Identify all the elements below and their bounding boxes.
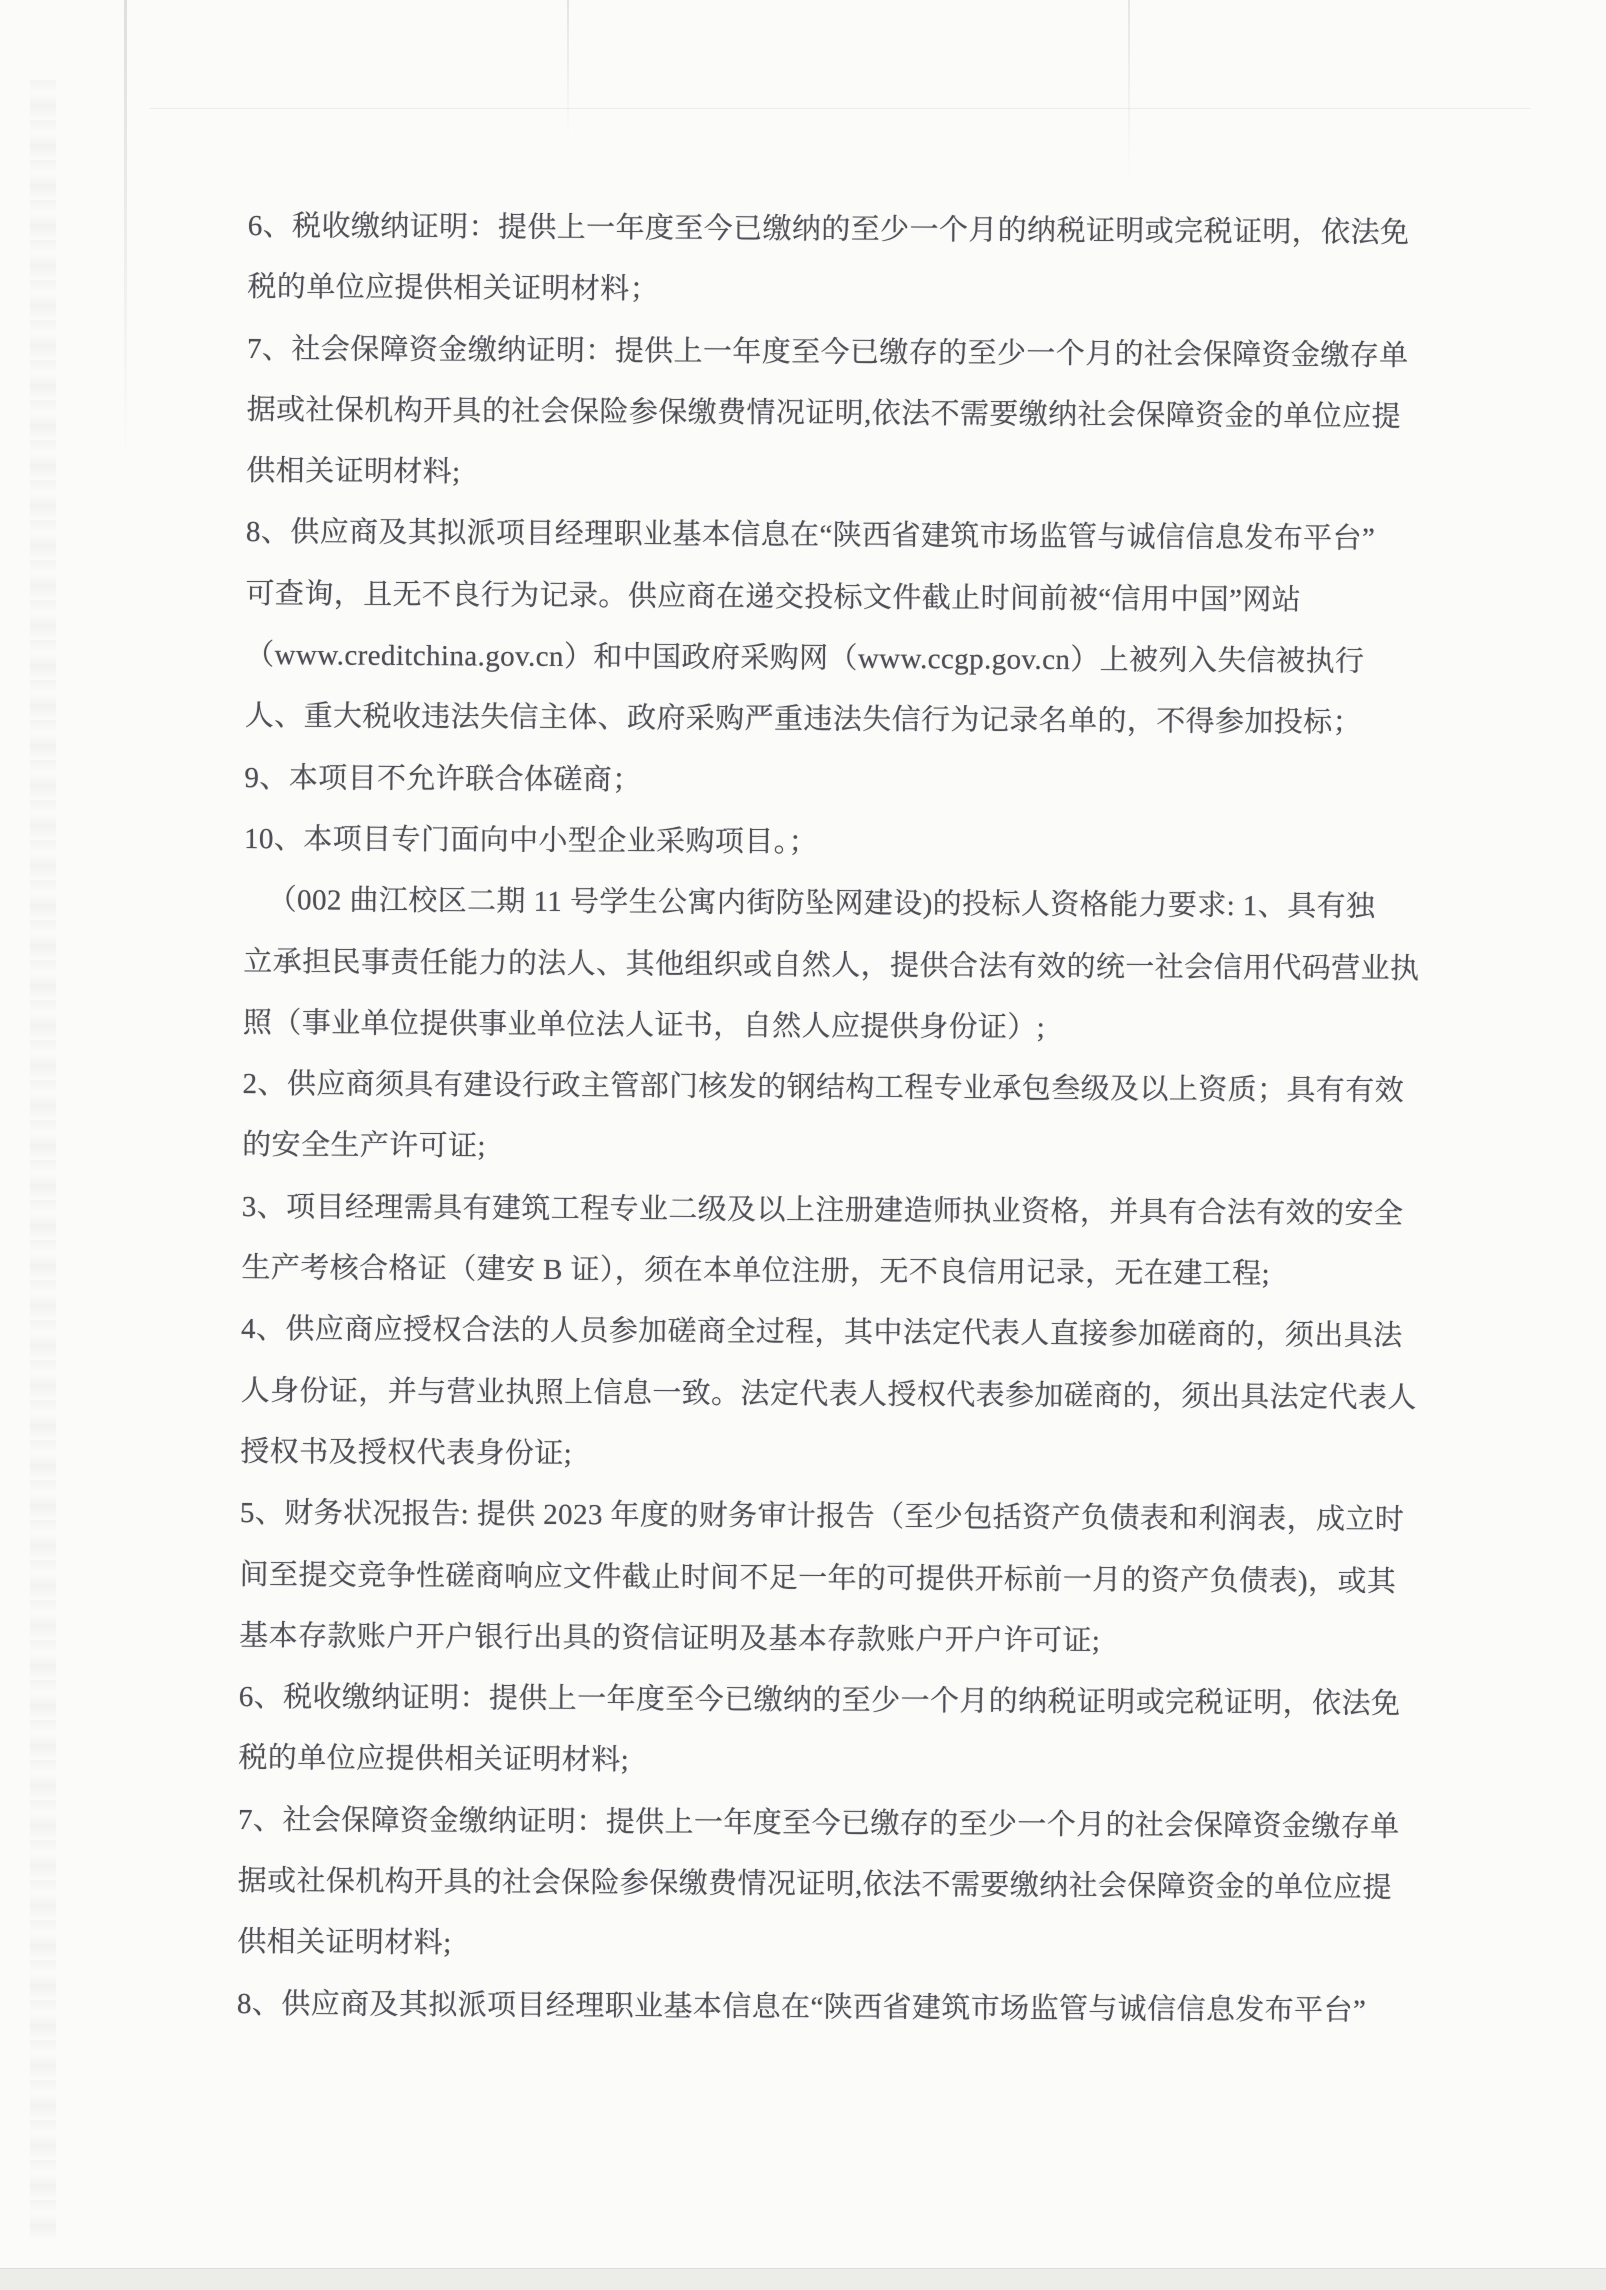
text-line: 税的单位应提供相关证明材料； xyxy=(247,257,1487,326)
paragraph-item-6-top: 6、税收缴纳证明：提供上一年度至今已缴纳的至少一个月的纳税证明或完税证明，依法免… xyxy=(247,196,1488,326)
text-line: 供相关证明材料; xyxy=(237,1912,1477,1981)
text-line: 9、本项目不允许联合体磋商； xyxy=(244,748,1484,817)
document-body: 6、税收缴纳证明：提供上一年度至今已缴纳的至少一个月的纳税证明或完税证明，依法免… xyxy=(237,196,1488,2042)
text-line: 照（事业单位提供事业单位法人证书，自然人应提供身份证）; xyxy=(243,993,1483,1062)
text-line: 立承担民事责任能力的法人、其他组织或自然人，提供合法有效的统一社会信用代码营业执 xyxy=(243,932,1483,1001)
text-line: 6、税收缴纳证明：提供上一年度至今已缴纳的至少一个月的纳税证明或完税证明，依法免 xyxy=(239,1667,1479,1736)
paragraph-item-8-bottom: 8、供应商及其拟派项目经理职业基本信息在“陕西省建筑市场监管与诚信信息发布平台” xyxy=(237,1974,1477,2043)
text-line: 7、社会保障资金缴纳证明：提供上一年度至今已缴存的至少一个月的社会保障资金缴存单 xyxy=(247,319,1487,388)
text-line: 生产考核合格证（建安 B 证），须在本单位注册，无不良信用记录，无在建工程; xyxy=(241,1238,1481,1307)
paragraph-section-002-qualification: （002 曲江校区二期 11 号学生公寓内街防坠网建设)的投标人资格能力要求: … xyxy=(243,870,1484,1061)
text-line: 供相关证明材料; xyxy=(246,441,1486,510)
text-line: 6、税收缴纳证明：提供上一年度至今已缴纳的至少一个月的纳税证明或完税证明，依法免 xyxy=(248,196,1488,265)
text-line: 8、供应商及其拟派项目经理职业基本信息在“陕西省建筑市场监管与诚信信息发布平台” xyxy=(246,502,1486,571)
paragraph-item-7-bottom: 7、社会保障资金缴纳证明：提供上一年度至今已缴存的至少一个月的社会保障资金缴存单… xyxy=(237,1790,1478,1981)
paragraph-item-10: 10、本项目专门面向中小型企业采购项目。； xyxy=(244,809,1484,878)
text-line: 基本存款账户开户银行出具的资信证明及基本存款账户开户许可证; xyxy=(239,1606,1479,1675)
paragraph-item-3: 3、项目经理需具有建筑工程专业二级及以上注册建造师执业资格，并具有合法有效的安全… xyxy=(241,1177,1482,1307)
text-line: 间至提交竞争性磋商响应文件截止时间不足一年的可提供开标前一月的资产负债表)，或其 xyxy=(239,1545,1479,1614)
paragraph-item-6-bottom: 6、税收缴纳证明：提供上一年度至今已缴纳的至少一个月的纳税证明或完税证明，依法免… xyxy=(238,1667,1479,1797)
text-line: 的安全生产许可证; xyxy=(242,1115,1482,1184)
text-line: 据或社保机构开具的社会保险参保缴费情况证明,依法不需要缴纳社会保障资金的单位应提 xyxy=(247,380,1487,449)
text-line: （002 曲江校区二期 11 号学生公寓内街防坠网建设)的投标人资格能力要求: … xyxy=(244,870,1484,939)
paragraph-item-7-top: 7、社会保障资金缴纳证明：提供上一年度至今已缴存的至少一个月的社会保障资金缴存单… xyxy=(246,319,1487,510)
text-line: 7、社会保障资金缴纳证明：提供上一年度至今已缴存的至少一个月的社会保障资金缴存单 xyxy=(238,1790,1478,1859)
paragraph-item-5: 5、财务状况报告: 提供 2023 年度的财务审计报告（至少包括资产负债表和利润… xyxy=(239,1483,1480,1674)
text-line: 8、供应商及其拟派项目经理职业基本信息在“陕西省建筑市场监管与诚信信息发布平台” xyxy=(237,1974,1477,2043)
text-line: 税的单位应提供相关证明材料; xyxy=(238,1728,1478,1797)
scan-streak-vertical xyxy=(567,0,569,140)
scan-bottom-edge xyxy=(0,2268,1606,2290)
text-line: 人身份证，并与营业执照上信息一致。法定代表人授权代表参加磋商的，须出具法定代表人 xyxy=(241,1361,1481,1430)
text-line: 人、重大税收违法失信主体、政府采购严重违法失信行为记录名单的，不得参加投标； xyxy=(245,686,1485,755)
text-line: 10、本项目专门面向中小型企业采购项目。； xyxy=(244,809,1484,878)
scan-left-edge-artifact xyxy=(30,80,56,2240)
text-line: 3、项目经理需具有建筑工程专业二级及以上注册建造师执业资格，并具有合法有效的安全 xyxy=(242,1177,1482,1246)
text-line: 可查询，且无不良行为记录。供应商在递交投标文件截止时间前被“信用中国”网站 xyxy=(245,564,1485,633)
scanned-document-page: 6、税收缴纳证明：提供上一年度至今已缴纳的至少一个月的纳税证明或完税证明，依法免… xyxy=(0,0,1606,2290)
paragraph-item-9: 9、本项目不允许联合体磋商； xyxy=(244,748,1484,817)
text-line: 5、财务状况报告: 提供 2023 年度的财务审计报告（至少包括资产负债表和利润… xyxy=(240,1483,1480,1552)
text-line: 据或社保机构开具的社会保险参保缴费情况证明,依法不需要缴纳社会保障资金的单位应提 xyxy=(238,1851,1478,1920)
text-line: （www.creditchina.gov.cn）和中国政府采购网（www.ccg… xyxy=(245,625,1485,694)
scan-faint-line xyxy=(150,108,1530,109)
scan-streak-vertical xyxy=(124,0,127,460)
scan-streak-vertical xyxy=(1128,0,1130,180)
text-line: 授权书及授权代表身份证; xyxy=(240,1422,1480,1491)
paragraph-item-2: 2、供应商须具有建设行政主管部门核发的钢结构工程专业承包叁级及以上资质；具有有效… xyxy=(242,1054,1483,1184)
text-line: 4、供应商应授权合法的人员参加磋商全过程，其中法定代表人直接参加磋商的，须出具法 xyxy=(241,1299,1481,1368)
paragraph-item-8-top: 8、供应商及其拟派项目经理职业基本信息在“陕西省建筑市场监管与诚信信息发布平台”… xyxy=(245,502,1486,755)
text-line: 2、供应商须具有建设行政主管部门核发的钢结构工程专业承包叁级及以上资质；具有有效 xyxy=(242,1054,1482,1123)
paragraph-item-4: 4、供应商应授权合法的人员参加磋商全过程，其中法定代表人直接参加磋商的，须出具法… xyxy=(240,1299,1481,1490)
